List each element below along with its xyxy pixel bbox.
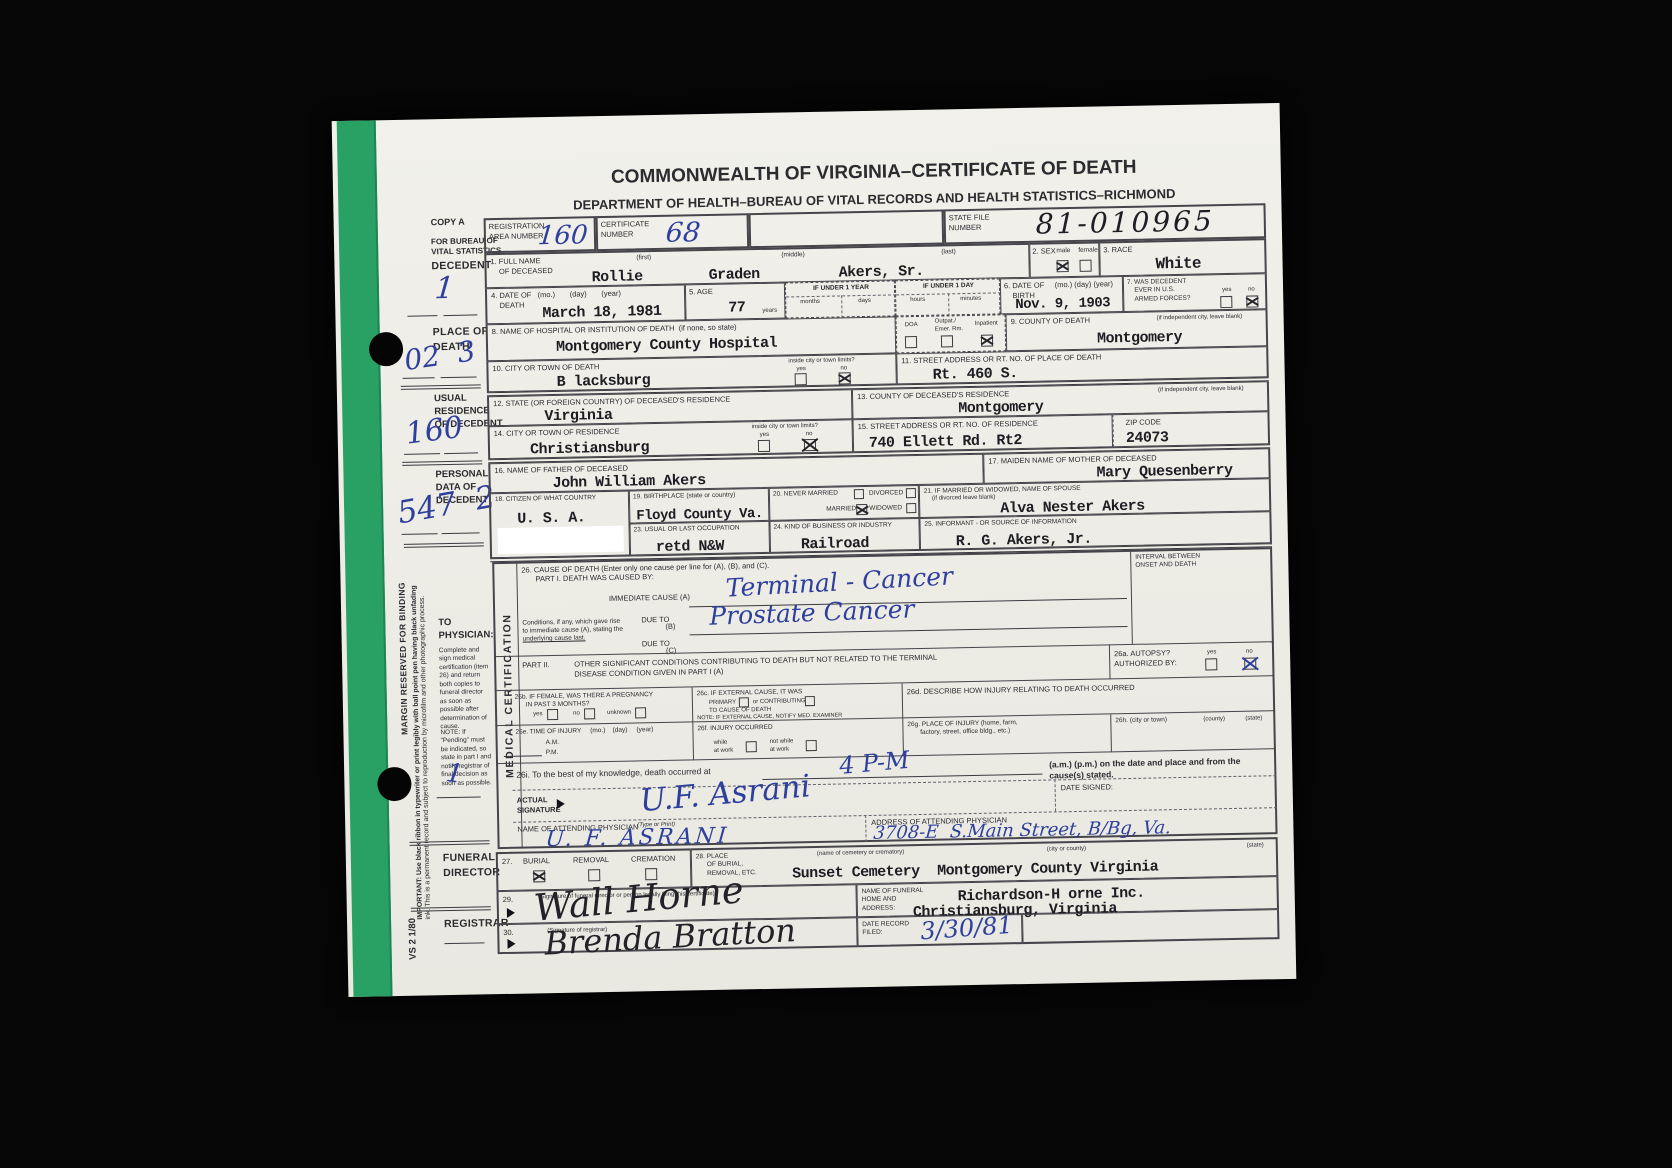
mother-value: Mary Quesenberry [1096,463,1232,481]
item-29-label: 29. [503,895,514,905]
part2-label: PART II. [522,660,550,670]
correction-patch [498,526,624,554]
physician-instructions: Complete and sign medical certification … [439,646,491,731]
divider-line [443,314,477,316]
autopsy-yes-checkbox [1205,658,1217,670]
married-label: MARRIED [826,505,856,514]
removal-checkbox [588,869,600,881]
time-line [504,755,542,757]
field-sex: 2. SEX male female [1029,241,1100,277]
injury-city-label: 26h. (city or town) [1115,716,1167,725]
father-value: John William Akers [553,473,706,491]
years-hint: years [762,308,777,316]
arrow-icon [507,908,515,918]
middle-name-value: Graden [709,267,760,283]
race-value: White [1155,256,1201,273]
residence-city-label: 14. CITY OR TOWN OF RESIDENCE [494,427,620,439]
burial-checkbox [533,870,545,882]
yes-label: yes [760,432,769,440]
no-label: no [806,431,813,439]
hole-punch [369,332,404,367]
blank-cell [1022,909,1280,944]
while-at-work-label: while at work [714,740,734,756]
conditions-note-3: underlying cause last. [523,634,586,644]
removal-label: REMOVAL [573,855,609,865]
section-to-physician-label: TO PHYSICIAN: [438,616,493,643]
middle-hint: (middle) [781,251,805,260]
industry-label: 24. KIND OF BUSINESS OR INDUSTRY [773,522,891,533]
citizen-label: 18. CITIZEN OF WHAT COUNTRY [495,494,596,504]
not-while-at-work-label: not while at work [770,738,794,754]
divider-line [404,542,484,548]
occupation-label: 23. USUAL OR LAST OCCUPATION [634,524,740,534]
copy-label: COPY A [431,217,465,229]
days-hint: days [858,298,871,306]
city-limits-yes-checkbox [795,373,807,385]
cemetery-hint: (name of cemetery or crematory) [817,849,904,858]
field-occupation: 23. USUAL OR LAST OCCUPATION retd N&W [629,521,770,556]
widowed-checkbox [906,503,916,513]
no-label: no [1248,286,1255,294]
form-code: VS 2 1/80 [407,918,419,960]
zip-value: 24073 [1126,430,1169,446]
field-external-cause: 26c. IF EXTERNAL CAUSE, IT WAS PRIMARY o… [693,683,904,722]
date-filed-value: 3/30/81 [919,911,1013,946]
field-armed-forces: 7. WAS DECEDENT EVER IN U.S. ARMED FORCE… [1123,273,1268,312]
divider-line [841,295,842,318]
unknown-label: unknown [607,710,631,718]
under-1-year-label: IF UNDER 1 YEAR [786,283,896,294]
date-filed-label: DATE RECORD FILED: [862,920,909,938]
under-1-day-label: IF UNDER 1 DAY [896,281,1001,291]
minutes-hint: minutes [960,296,981,304]
registration-area-box: REGISTRATION AREA NUMBER 160 [484,216,597,253]
married-checkbox [856,504,867,515]
residence-county-value: Montgomery [958,400,1043,417]
interval-label: INTERVAL BETWEEN ONSET AND DEATH [1135,553,1200,571]
field-under-1-day: IF UNDER 1 DAY hours minutes [895,278,1001,316]
occupation-value: retd N&W [656,539,724,555]
divider-line [441,376,477,378]
burial-label: BURIAL [523,856,550,866]
zip-label: ZIP CODE [1126,417,1161,427]
field-citizen: 18. CITIZEN OF WHAT COUNTRY U. S. A. [489,491,630,559]
field-industry: 24. KIND OF BUSINESS OR INDUSTRY Railroa… [769,518,920,553]
burial-city-value: Montgomery County Virginia [937,859,1158,878]
pregnancy-no-checkbox [584,708,595,719]
autopsy-label: 26a. AUTOPSY? AUTHORIZED BY: [1114,648,1177,669]
not-while-at-work-checkbox [806,740,817,751]
last-hint: (last) [941,248,956,257]
hours-hint: hours [910,297,925,305]
male-checkbox [1056,260,1068,272]
date-of-birth-value: Nov. 9, 1903 [1015,296,1110,312]
blank-box [749,209,945,248]
field-registrar-signature: 30. (Signature of registrar) Brenda Brat… [497,917,858,954]
date-signed-label: DATE SIGNED: [1061,782,1114,793]
state-file-value: 81-010965 [1036,204,1215,240]
age-label: 5. AGE [689,287,713,297]
state-file-label: STATE FILE NUMBER [949,213,990,233]
autopsy-no-checkbox [1244,658,1256,670]
armed-forces-label: 7. WAS DECEDENT EVER IN U.S. ARMED FORCE… [1127,278,1191,305]
yes-label: yes [533,711,542,719]
part2-text: OTHER SIGNIFICANT CONDITIONS CONTRIBUTIN… [574,653,937,679]
certificate-number-label: CERTIFICATE NUMBER [601,219,650,239]
contributing-checkbox [805,696,815,706]
while-at-work-checkbox [746,741,757,752]
field-time-of-injury: 26e. TIME OF INJURY (mo.) (day) (year) A… [495,722,694,764]
injury-state-label: (state) [1245,715,1262,723]
margin-number-3: 160 [404,410,465,452]
injury-occurred-label: 26f. INJURY OCCURRED [697,724,772,734]
field-pregnancy: 26b. IF FEMALE, WAS THERE A PREGNANCY IN… [495,687,694,726]
no-label: no [1246,649,1253,657]
hospital-label: 8. NAME OF HOSPITAL OR INSTITUTION OF DE… [492,322,737,336]
arrow-icon [507,939,515,949]
divider-line [948,293,949,316]
outpatient-label: Outpat./ Emer. Rm. [935,318,964,334]
state-hint: (state) [1247,842,1264,850]
city-of-death-value: B lacksburg [557,373,651,390]
pregnancy-unknown-checkbox [635,707,646,718]
male-label: male [1056,247,1070,256]
inpatient-label: Inpatient [975,320,998,328]
item-27-label: 27. [502,857,513,867]
injury-county-label: (county) [1203,716,1225,724]
date-of-death-value: March 18, 1981 [542,304,661,321]
independent-city-hint: (if independent city, leave blank) [1158,386,1244,395]
last-name-value: Akers, Sr. [839,264,924,281]
field-age: 5. AGE 77 years [685,283,786,321]
first-hint: (first) [636,254,651,263]
interval-column: INTERVAL BETWEEN ONSET AND DEATH [1130,547,1274,644]
divider-line [411,906,491,912]
never-married-label: 20. NEVER MARRIED [773,490,838,500]
field-injury-location: 26h. (city or town) (county) (state) [1111,711,1276,752]
residence-limits-no-checkbox [804,439,816,451]
margin-number-2: 02 3 [402,334,477,377]
cemetery-value: Sunset Cemetery [792,864,920,881]
divider-line [442,532,480,534]
field-race: 3. RACE White [1099,238,1267,276]
yes-label: yes [1222,287,1231,295]
certificate-paper: MARGIN RESERVED FOR BINDING IMPORTANT: U… [332,103,1297,997]
arrow-icon [557,799,565,809]
residence-street-label: 15. STREET ADDRESS OR RT. NO. OF RESIDEN… [858,419,1038,432]
county-of-death-value: Montgomery [1097,330,1182,347]
registration-area-value: 160 [537,220,589,251]
green-binding-stripe [337,120,393,997]
divorced-checkbox [906,488,916,498]
field-county-of-death: 9. COUNTY OF DEATH (if independent city,… [1006,309,1269,351]
contributing-label: or CONTRIBUTING [753,698,806,707]
cremation-label: CREMATION [631,854,676,865]
margin-number-4: 547 2 [395,479,498,532]
divider-line [404,453,440,455]
margin-binding-text: MARGIN RESERVED FOR BINDING [397,582,410,735]
doa-checkbox [905,336,917,348]
field-zip: ZIP CODE 24073 [1112,411,1270,447]
field-date-of-birth: 6. DATE OF (mo.) (day) (year) BIRTH Nov.… [1000,276,1124,314]
armed-forces-yes-checkbox [1220,296,1232,308]
armed-forces-no-checkbox [1246,295,1258,307]
divorced-label: DIVORCED [869,489,903,498]
field-place-of-injury: 26g. PLACE OF INJURY (home, farm, factor… [903,714,1112,756]
field-birthplace: 19. BIRTHPLACE (state or country) Floyd … [629,488,770,524]
divider-line [444,452,478,454]
independent-city-hint: (if independent city, leave blank) [1157,314,1243,323]
race-label: 3. RACE [1103,245,1132,255]
residence-street-value: 740 Ellett Rd. Rt2 [869,433,1022,451]
field-under-1-year: IF UNDER 1 YEAR months days [785,280,896,318]
external-cause-label: 26c. IF EXTERNAL CAUSE, IT WAS [697,688,803,698]
city-limits-no-checkbox [839,372,851,384]
divider-line [403,377,435,379]
divider-line [402,533,438,535]
widowed-label: WIDOWED [869,504,902,513]
months-hint: months [800,299,820,307]
never-married-checkbox [854,489,864,499]
margin-number-1: 1 [433,271,455,306]
county-of-death-label: 9. COUNTY OF DEATH [1011,316,1091,327]
divider-line [437,796,481,798]
field-autopsy: 26a. AUTOPSY? AUTHORIZED BY: yes no [1110,641,1275,679]
divider-line [401,384,481,390]
city-county-hint: (city or county) [1047,846,1086,855]
street-of-death-value: Rt. 460 S. [933,366,1018,383]
residence-city-value: Christiansburg [530,440,649,457]
informant-label: 25. INFORMANT - OR SOURCE OF INFORMATION [924,518,1076,529]
certificate-number-value: 68 [665,217,702,249]
time-of-injury-label: 26e. TIME OF INJURY (mo.) (day) (year) [515,726,653,737]
full-name-label: 1. FULL NAME OF DECEASED [490,256,552,277]
divider-line [444,942,484,944]
field-date-filed: DATE RECORD FILED: 3/30/81 [857,914,1023,947]
certificate-number-box: CERTIFICATE NUMBER 68 [596,213,750,251]
spouse-hint: (if divorced leave blank) [932,495,996,504]
residence-state-value: Virginia [544,408,612,424]
city-of-death-label: 10. CITY OR TOWN OF DEATH [492,362,599,374]
registration-area-label: REGISTRATION AREA NUMBER [489,221,545,242]
age-value: 77 [728,300,745,315]
primary-checkbox [739,697,749,707]
section-funeral-director-label: FUNERAL DIRECTOR [443,850,501,880]
scanned-death-certificate: MARGIN RESERVED FOR BINDING IMPORTANT: U… [0,0,1672,1168]
industry-value: Railroad [801,536,869,552]
yes-label: yes [1207,649,1216,657]
field-marital-status: 20. NEVER MARRIED DIVORCED MARRIED WIDOW… [769,485,920,521]
am-label: A.M. [546,739,560,748]
first-name-value: Rollie [592,269,643,285]
female-checkbox [1079,260,1091,272]
divider-line [407,315,437,317]
divider-line [410,840,490,846]
no-label: no [573,711,580,719]
field-residence-street: 15. STREET ADDRESS OR RT. NO. OF RESIDEN… [852,414,1113,452]
place-of-injury-label: 26g. PLACE OF INJURY (home, farm, factor… [907,719,1018,738]
outpatient-checkbox [941,335,953,347]
item-30-label: 30. [503,928,514,938]
injury-description-label: 26d. DESCRIBE HOW INJURY RELATING TO DEA… [907,683,1135,697]
residence-limits-yes-checkbox [758,440,770,452]
immediate-cause-label: IMMEDIATE CAUSE (A) [609,592,690,603]
field-death-setting: DOA Outpat./ Emer. Rm. Inpatient [896,314,1007,353]
field-date-of-death: 4. DATE OF (mo.) (day) (year) DEATH Marc… [485,284,686,324]
doa-label: DOA [905,322,918,330]
citizen-value: U. S. A. [517,510,585,526]
pm-label: P.M. [546,749,559,758]
street-of-death-label: 11. STREET ADDRESS OR RT. NO. OF PLACE O… [901,352,1101,366]
pregnancy-yes-checkbox [547,709,558,720]
birthplace-label: 19. BIRTHPLACE (state or country) [633,491,736,501]
actual-signature-label: ACTUAL SIGNATURE [517,795,561,815]
female-label: female [1078,246,1098,255]
divider-line [402,460,482,466]
hole-punch [377,767,412,802]
inpatient-checkbox [981,335,993,347]
sex-label: 2. SEX [1032,246,1056,256]
hospital-value: Montgomery County Hospital [556,336,777,355]
b-label: (B) [665,622,675,632]
